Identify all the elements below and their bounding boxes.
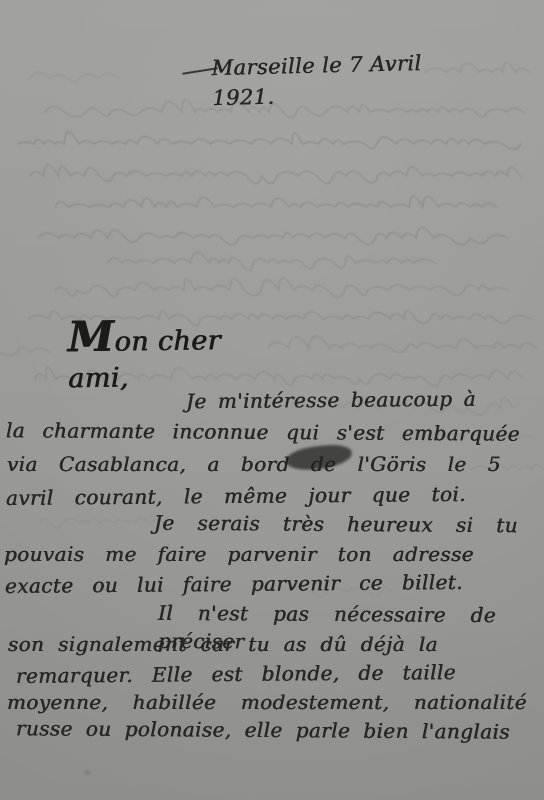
letter-line: exacte ou lui faire parvenir ce billet. — [5, 568, 463, 600]
salutation: Mon cher ami, — [67, 317, 268, 398]
letter-line: via Casablanca, a bord de l'Göris le 5 — [7, 450, 501, 478]
letter-line: Je m'intéresse beaucoup à — [186, 385, 476, 416]
letter-line: pouvais me faire parvenir ton adresse — [4, 540, 474, 568]
letter-page: Marseille le 7 Avril 1921. Mon cher ami,… — [0, 0, 544, 800]
letter-line: son signalement car tu as dû déjà la — [8, 630, 438, 658]
letter-line: la charmante inconnue qui s'est embarqué… — [6, 416, 520, 448]
letter-line: moyenne, habillée modestement, nationali… — [7, 688, 527, 716]
letter-line: russe ou polonaise, elle parle bien l'an… — [16, 714, 510, 745]
dateline: Marseille le 7 Avril 1921. — [211, 47, 472, 113]
letter-line: remarquer. Elle est blonde, de taille — [16, 658, 456, 690]
letter-line: avril courant, le même jour que toi. — [6, 480, 466, 512]
letter-line: Je serais très heureux si tu — [154, 509, 518, 540]
paper-speck — [84, 770, 91, 775]
